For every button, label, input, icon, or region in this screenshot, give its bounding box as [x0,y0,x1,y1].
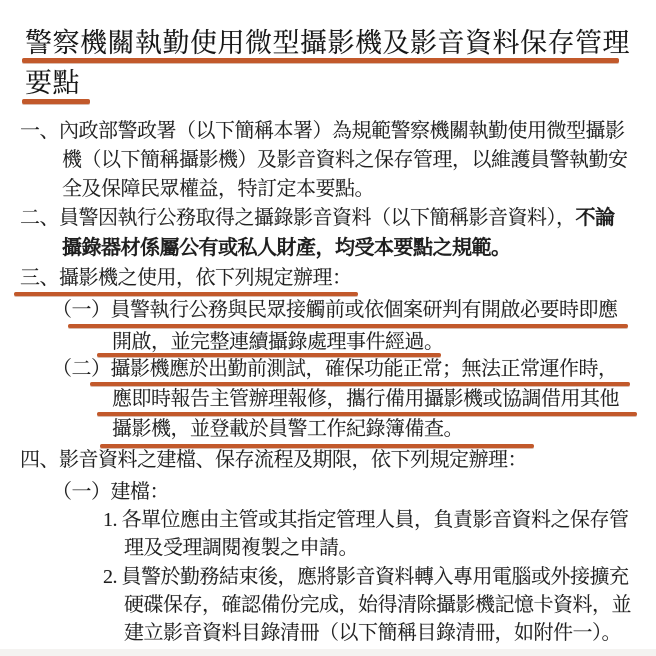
line-text-bold: 不論 [576,207,615,229]
document-line: （一）員警執行公務與民眾接觸前或依個案研判有開啟必要時即應 [52,299,618,321]
highlight-underline [100,444,534,448]
highlight-underline [97,353,441,357]
highlight-underline [97,412,637,416]
highlight-underline [14,292,358,296]
document-line: 二、員警因執行公務取得之攝錄影音資料（以下簡稱影音資料），不論 [20,207,615,229]
document-line: 1. 各單位應由主管或其指定管理人員，負責影音資料之保存管 [103,509,629,531]
page-bottom-edge [0,649,656,656]
document-line: 攝影機，並登載於員警工作紀錄簿備查。 [112,418,463,440]
document-title-line-2: 要點 [25,68,80,98]
document-line: 攝錄器材係屬公有或私人財產，均受本要點之規範。 [62,237,511,259]
highlight-underline [90,382,630,386]
highlight-underline [68,324,628,328]
document-line: 理及受理調閱複製之申請。 [124,537,358,559]
document-line: 四、影音資料之建檔、保存流程及期限，依下列規定辦理： [20,449,527,471]
line-text: 二、員警因執行公務取得之攝錄影音資料（以下簡稱影音資料）， [20,207,576,229]
document-line: 建立影音資料目錄清冊（以下簡稱目錄清冊，如附件一）。 [124,622,621,644]
document-line: （一）建檔： [52,481,169,503]
document-line: （二）攝影機應於出勤前測試，確保功能正常；無法正常運作時， [52,358,618,380]
document-line: 一、內政部警政署（以下簡稱本署）為規範警察機關執勤使用微型攝影 [20,120,625,142]
document-line: 全及保障民眾權益，特訂定本要點。 [62,178,374,200]
document-title-line-1: 警察機關執勤使用微型攝影機及影音資料保存管理 [25,28,630,58]
document-line: 硬碟保存，確認備份完成，始得清除攝影機記憶卡資料，並 [124,594,631,616]
document-page: 警察機關執勤使用微型攝影機及影音資料保存管理 要點 一、內政部警政署（以下簡稱本… [0,0,656,656]
highlight-underline [22,58,619,63]
document-line: 應即時報告主管辦理報修，攜行備用攝影機或協調借用其他 [112,388,619,410]
document-line: 三、攝影機之使用，依下列規定辦理： [20,267,352,289]
document-line: 2. 員警於勤務結束後，應將影音資料轉入專用電腦或外接擴充 [103,566,629,588]
highlight-underline [22,99,90,104]
document-line: 開啟，並完整連續攝錄處理事件經過。 [112,331,444,353]
document-line: 機（以下簡稱攝影機）及影音資料之保存管理，以維護員警執勤安 [62,149,628,171]
